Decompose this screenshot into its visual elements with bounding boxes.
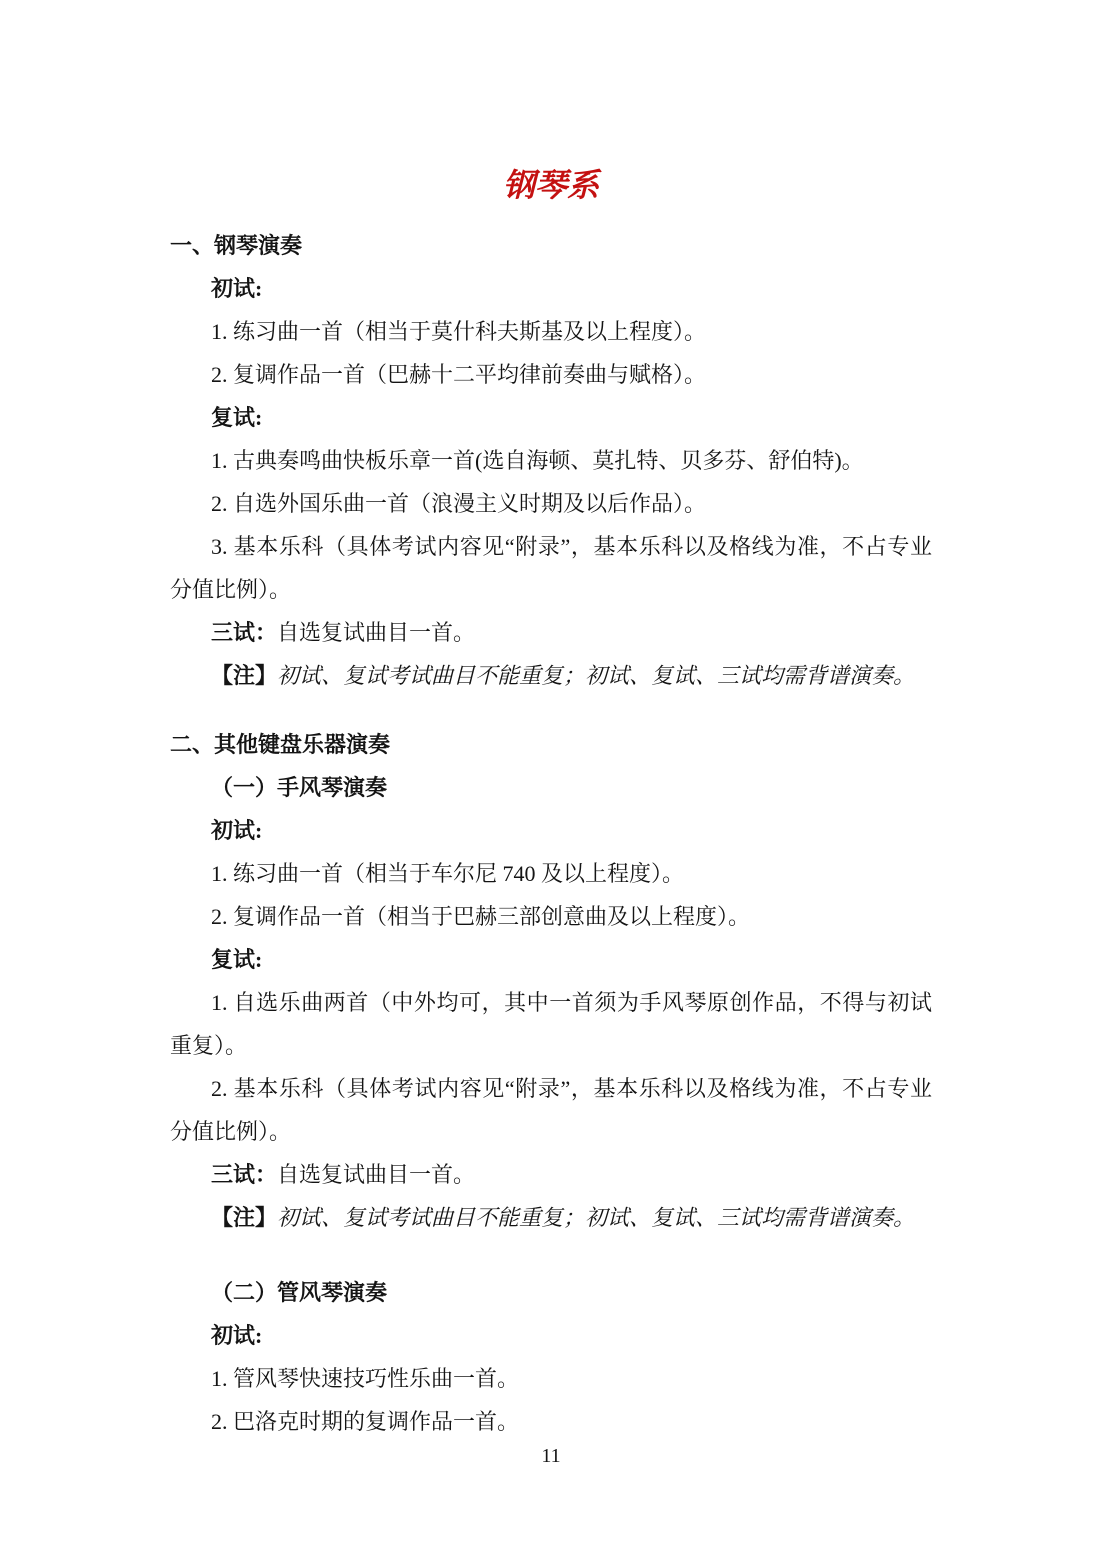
sub1-round3-label: 三试： (211, 1162, 277, 1187)
sec2-sub2-heading: （二）管风琴演奏 (170, 1271, 932, 1314)
section-2-heading: 二、其他键盘乐器演奏 (170, 723, 932, 766)
sec1-round3-text: 自选复试曲目一首。 (277, 620, 475, 645)
document-page: 钢琴系 一、钢琴演奏 初试: 1. 练习曲一首（相当于莫什科夫斯基及以上程度）。… (0, 0, 1102, 1559)
sub1-round3-line: 三试：自选复试曲目一首。 (170, 1153, 932, 1196)
sub2-round1-item-2: 2. 巴洛克时期的复调作品一首。 (170, 1400, 932, 1443)
document-content: 一、钢琴演奏 初试: 1. 练习曲一首（相当于莫什科夫斯基及以上程度）。 2. … (170, 224, 932, 1443)
sub1-note: 【注】初试、复试考试曲目不能重复；初试、复试、三试均需背谱演奏。 (170, 1196, 932, 1239)
sub1-round1-label: 初试: (170, 809, 932, 852)
sec1-round1-label: 初试: (170, 267, 932, 310)
sub1-round2-item-2: 2. 基本乐科（具体考试内容见“附录”，基本乐科以及格线为准，不占专业分值比例）… (170, 1067, 932, 1153)
sec1-round2-label: 复试: (170, 396, 932, 439)
page-number: 11 (0, 1442, 1102, 1470)
sub1-note-label: 【注】 (211, 1205, 277, 1230)
sub1-round1-item-1: 1. 练习曲一首（相当于车尔尼 740 及以上程度）。 (170, 852, 932, 895)
sec1-round1-item-1: 1. 练习曲一首（相当于莫什科夫斯基及以上程度）。 (170, 310, 932, 353)
sec2-sub1-heading: （一）手风琴演奏 (170, 766, 932, 809)
sub1-round1-item-2: 2. 复调作品一首（相当于巴赫三部创意曲及以上程度）。 (170, 895, 932, 938)
sec1-round2-item-1: 1. 古典奏鸣曲快板乐章一首(选自海顿、莫扎特、贝多芬、舒伯特)。 (170, 439, 932, 482)
sub1-round2-label: 复试: (170, 938, 932, 981)
sub2-round1-label: 初试: (170, 1314, 932, 1357)
sec1-round1-item-2: 2. 复调作品一首（巴赫十二平均律前奏曲与赋格）。 (170, 353, 932, 396)
sec1-note: 【注】初试、复试考试曲目不能重复；初试、复试、三试均需背谱演奏。 (170, 654, 932, 697)
sec1-round3-label: 三试： (211, 620, 277, 645)
sub1-round3-text: 自选复试曲目一首。 (277, 1162, 475, 1187)
page-title: 钢琴系 (0, 164, 1102, 207)
sub1-round2-item-1: 1. 自选乐曲两首（中外均可，其中一首须为手风琴原创作品，不得与初试重复）。 (170, 981, 932, 1067)
sec1-round2-item-3: 3. 基本乐科（具体考试内容见“附录”，基本乐科以及格线为准，不占专业分值比例）… (170, 525, 932, 611)
sec1-round2-item-2: 2. 自选外国乐曲一首（浪漫主义时期及以后作品）。 (170, 482, 932, 525)
sub2-round1-item-1: 1. 管风琴快速技巧性乐曲一首。 (170, 1357, 932, 1400)
sub1-note-text: 初试、复试考试曲目不能重复；初试、复试、三试均需背谱演奏。 (277, 1205, 915, 1230)
sec1-note-text: 初试、复试考试曲目不能重复；初试、复试、三试均需背谱演奏。 (277, 663, 915, 688)
sec1-round3-line: 三试：自选复试曲目一首。 (170, 611, 932, 654)
sec1-note-label: 【注】 (211, 663, 277, 688)
section-1-heading: 一、钢琴演奏 (170, 224, 932, 267)
